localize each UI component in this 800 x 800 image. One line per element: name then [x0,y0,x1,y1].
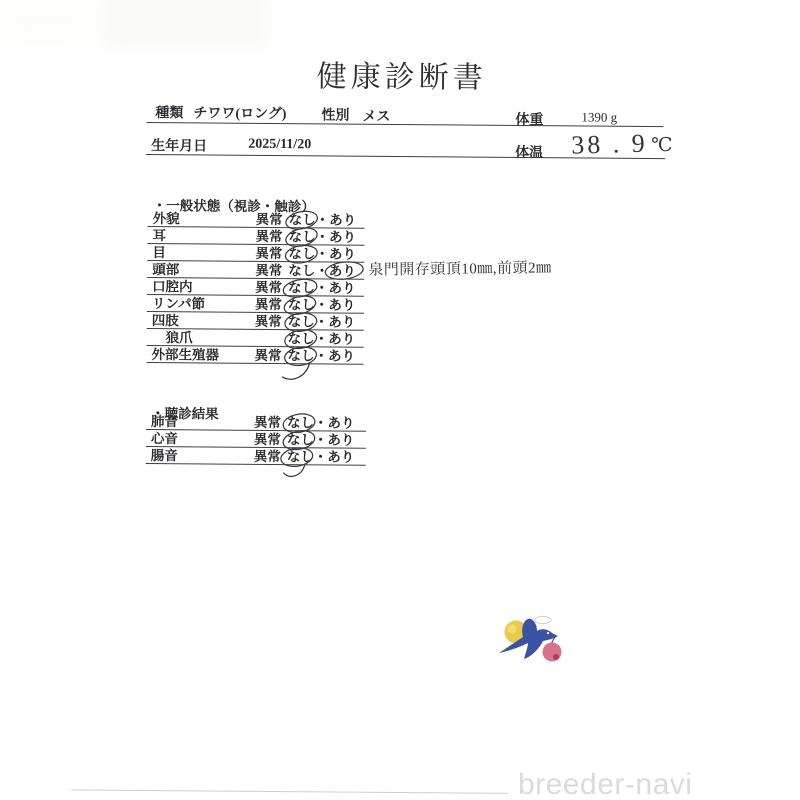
choice-text: なし・あり [287,450,355,465]
exam-row-mimi: 耳 異常 なし・あり [147,229,364,246]
exam-row-rouso: 狼爪 なし・あり [147,331,364,348]
stork-carrying-bundle-icon [497,611,575,671]
birthdate-value: 2025/11/20 [248,137,311,153]
exam-row-shinon: 心音 異常 なし・あり [146,432,366,449]
choice-text: なし・あり [288,315,356,330]
exam-row-haion: 肺音 異常 なし・あり [146,415,366,432]
exam-row-gaibou: 外貌 異常 なし・あり [148,212,365,229]
abnormal-label: 異常 [255,315,282,329]
exam-row-shishi: 四肢 異常 なし・あり [147,314,364,331]
watermark-text: breeder-navi [518,768,692,800]
abnormal-label: 異常 [255,230,282,244]
species-value: チワワ(ロング) [193,102,286,123]
exam-row-label: 狼爪 [166,331,193,345]
exam-row-label: 肺音 [151,415,178,429]
exam-row-me: 目 異常 なし・あり [147,246,364,263]
choice-text: なし・あり [288,332,356,347]
choice-text: なし・あり [288,247,356,262]
choice-text: なし・あり [288,230,356,245]
exam-row-gaibu-seishokuki: 外部生殖器 異常 なし・あり [146,348,363,365]
scanned-health-certificate-page: 健康診断書 種類 チワワ(ロング) 性別 メス 体重 1390 g 生年月日 2… [0,0,800,800]
temperature-label: 体温 [515,142,543,162]
document-title: 健康診断書 [2,49,800,99]
abnormal-label: 異常 [255,264,282,278]
choice-text: なし・あり [288,281,356,296]
choice-text: なし・あり [289,213,357,228]
abnormal-label: 異常 [255,281,282,295]
choice-text: なし・あり [287,433,355,448]
exam-row-label: 心音 [151,432,178,446]
abnormal-label: 異常 [255,247,282,261]
exam-row-label: リンパ節 [152,297,205,311]
birthdate-label: 生年月日 [151,135,207,155]
exam-row-label: 口腔内 [152,280,193,294]
exam-row-label: 腸音 [151,449,178,463]
weight-value: 1390 g [581,109,617,125]
choice-text: なし・あり [288,264,356,279]
abnormal-label: 異常 [254,450,281,464]
exam-row-toubu: 頭部 異常 なし・あり [147,263,364,280]
temperature-value-handwritten: 38 . 9 [571,129,648,161]
temperature-unit-handwritten: ℃ [651,134,672,157]
choice-text: なし・あり [288,349,356,364]
exam-row-label: 四肢 [152,314,179,328]
exam-row-label: 耳 [152,229,166,243]
scanned-document: 健康診断書 種類 チワワ(ロング) 性別 メス 体重 1390 g 生年月日 2… [0,0,800,800]
choice-text: なし・あり [287,416,355,431]
abnormal-label: 異常 [254,433,281,447]
handwritten-circle-annotations [0,0,800,800]
abnormal-label: 異常 [255,349,282,363]
exam-row-label: 目 [152,246,166,260]
exam-row-choon: 腸音 異常 なし・あり [146,449,366,466]
exam-row-label: 頭部 [152,263,179,277]
exam-row-rinpasetsu: リンパ節 異常 なし・あり [147,297,364,314]
scan-edge-line-artifact [71,789,508,793]
species-label: 種類 [155,102,183,122]
choice-text: なし・あり [288,298,356,313]
head-finding-handwritten-note: 泉門開存頭頂10㎜,前頭2㎜ [368,256,552,279]
sex-label: 性別 [321,104,349,124]
abnormal-label: 異常 [254,416,281,430]
exam-row-label: 外貌 [153,212,180,226]
abnormal-label: 異常 [256,213,283,227]
exam-row-koukuunai: 口腔内 異常 なし・あり [147,280,364,297]
exam-row-label: 外部生殖器 [152,348,220,363]
abnormal-label: 異常 [255,298,282,312]
